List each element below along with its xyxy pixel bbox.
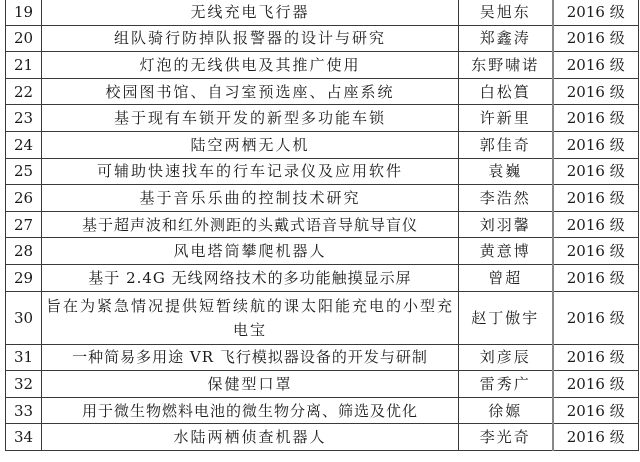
table-row: 26 基于音乐乐曲的控制技术研究 李浩然 2016 级: [6, 185, 639, 212]
table-row: 22 校园图书馆、自习室预选座、占座系统 白松篔 2016 级: [6, 78, 639, 105]
grade: 2016 级: [553, 131, 639, 158]
row-number: 31: [6, 344, 42, 371]
leader-name: 曾超: [459, 264, 553, 291]
grade: 2016 级: [553, 185, 639, 212]
project-title: 组队骑行防掉队报警器的设计与研究: [42, 25, 459, 52]
table-row: 34 水陆两栖侦查机器人 李光奇 2016 级: [6, 424, 639, 451]
row-number: 32: [6, 371, 42, 398]
leader-name: 吴旭东: [459, 0, 553, 25]
table-row: 32 保健型口罩 雷秀广 2016 级: [6, 371, 639, 398]
table-row: 31 一种简易多用途 VR 飞行模拟器设备的开发与研制 刘彦辰 2016 级: [6, 344, 639, 371]
grade: 2016 级: [553, 291, 639, 344]
grade: 2016 级: [553, 25, 639, 52]
table-row: 23 基于现有车锁开发的新型多功能车锁 许新里 2016 级: [6, 105, 639, 132]
grade: 2016 级: [553, 211, 639, 238]
table-row: 19 无线充电飞行器 吴旭东 2016 级: [6, 0, 639, 25]
project-title: 基于音乐乐曲的控制技术研究: [42, 185, 459, 212]
row-number: 19: [6, 0, 42, 25]
project-title: 基于现有车锁开发的新型多功能车锁: [42, 105, 459, 132]
table-row: 28 风电塔筒攀爬机器人 黄意博 2016 级: [6, 238, 639, 265]
row-number: 26: [6, 185, 42, 212]
row-number: 30: [6, 291, 42, 344]
row-number: 28: [6, 238, 42, 265]
project-title: 保健型口罩: [42, 371, 459, 398]
leader-name: 黄意博: [459, 238, 553, 265]
leader-name: 郑鑫涛: [459, 25, 553, 52]
table-row: 33 用于微生物燃料电池的微生物分离、筛选及优化 徐嫄 2016 级: [6, 397, 639, 424]
project-title: 用于微生物燃料电池的微生物分离、筛选及优化: [42, 397, 459, 424]
project-title: 无线充电飞行器: [42, 0, 459, 25]
leader-name: 东野啸诺: [459, 52, 553, 79]
table-row: 30 旨在为紧急情况提供短暂续航的课太阳能充电的小型充电宝 赵丁傲宇 2016 …: [6, 291, 639, 344]
leader-name: 雷秀广: [459, 371, 553, 398]
project-title: 陆空两栖无人机: [42, 131, 459, 158]
grade: 2016 级: [553, 158, 639, 185]
grade: 2016 级: [553, 264, 639, 291]
row-number: 29: [6, 264, 42, 291]
table-row: 25 可辅助快速找车的行车记录仪及应用软件 袁巍 2016 级: [6, 158, 639, 185]
project-title: 旨在为紧急情况提供短暂续航的课太阳能充电的小型充电宝: [42, 291, 459, 344]
grade: 2016 级: [553, 0, 639, 25]
grade: 2016 级: [553, 397, 639, 424]
grade: 2016 级: [553, 105, 639, 132]
project-title: 基于超声波和红外测距的头戴式语音导航导盲仪: [42, 211, 459, 238]
row-number: 21: [6, 52, 42, 79]
row-number: 24: [6, 131, 42, 158]
grade: 2016 级: [553, 424, 639, 451]
leader-name: 郭佳奇: [459, 131, 553, 158]
leader-name: 许新里: [459, 105, 553, 132]
project-table: 19 无线充电飞行器 吴旭东 2016 级 20 组队骑行防掉队报警器的设计与研…: [5, 0, 639, 451]
project-title: 一种简易多用途 VR 飞行模拟器设备的开发与研制: [42, 344, 459, 371]
grade: 2016 级: [553, 238, 639, 265]
grade: 2016 级: [553, 371, 639, 398]
project-title: 风电塔筒攀爬机器人: [42, 238, 459, 265]
project-title: 水陆两栖侦查机器人: [42, 424, 459, 451]
project-title: 可辅助快速找车的行车记录仪及应用软件: [42, 158, 459, 185]
row-number: 25: [6, 158, 42, 185]
table-row: 27 基于超声波和红外测距的头戴式语音导航导盲仪 刘羽馨 2016 级: [6, 211, 639, 238]
project-title: 灯泡的无线供电及其推广使用: [42, 52, 459, 79]
row-number: 22: [6, 78, 42, 105]
row-number: 34: [6, 424, 42, 451]
table-row: 20 组队骑行防掉队报警器的设计与研究 郑鑫涛 2016 级: [6, 25, 639, 52]
leader-name: 刘彦辰: [459, 344, 553, 371]
table-row: 24 陆空两栖无人机 郭佳奇 2016 级: [6, 131, 639, 158]
table-row: 29 基于 2.4G 无线网络技术的多功能触摸显示屏 曾超 2016 级: [6, 264, 639, 291]
leader-name: 李光奇: [459, 424, 553, 451]
project-title: 校园图书馆、自习室预选座、占座系统: [42, 78, 459, 105]
grade: 2016 级: [553, 344, 639, 371]
leader-name: 徐嫄: [459, 397, 553, 424]
leader-name: 白松篔: [459, 78, 553, 105]
leader-name: 李浩然: [459, 185, 553, 212]
row-number: 20: [6, 25, 42, 52]
row-number: 23: [6, 105, 42, 132]
table-row: 21 灯泡的无线供电及其推广使用 东野啸诺 2016 级: [6, 52, 639, 79]
leader-name: 刘羽馨: [459, 211, 553, 238]
row-number: 33: [6, 397, 42, 424]
grade: 2016 级: [553, 52, 639, 79]
grade: 2016 级: [553, 78, 639, 105]
project-title: 基于 2.4G 无线网络技术的多功能触摸显示屏: [42, 264, 459, 291]
leader-name: 袁巍: [459, 158, 553, 185]
row-number: 27: [6, 211, 42, 238]
leader-name: 赵丁傲宇: [459, 291, 553, 344]
